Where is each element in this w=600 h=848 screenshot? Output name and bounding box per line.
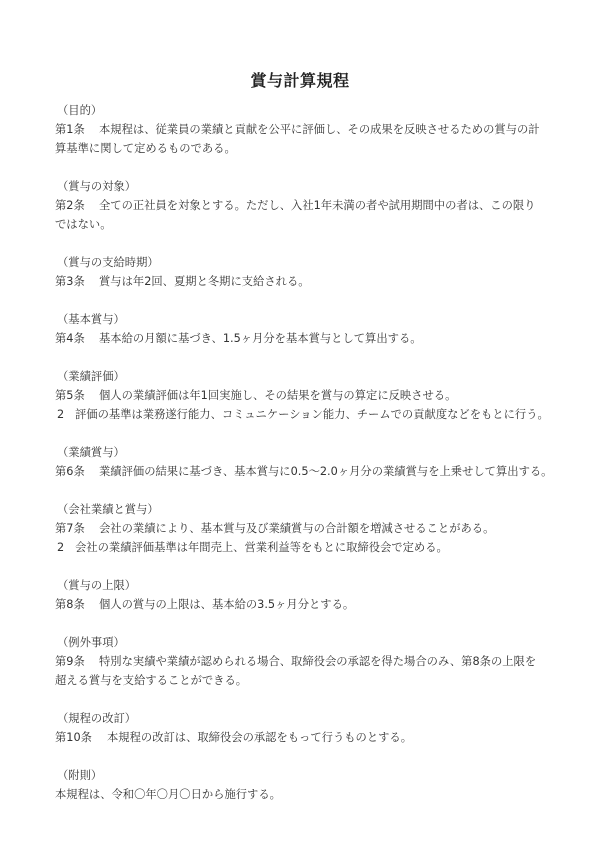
- section-heading: （業績賞与）: [55, 443, 545, 462]
- section-bonus-cap: （賞与の上限） 第8条個人の賞与の上限は、基本給の3.5ヶ月分とする。: [55, 576, 545, 614]
- article-number: 第7条: [55, 519, 99, 538]
- article-line: 第2条全ての正社員を対象とする。ただし、入社1年未満の者や試用期間中の者は、この…: [55, 196, 545, 215]
- document-page: 賞与計算規程 （目的） 第1条本規程は、従業員の業績と貢献を公平に評価し、その成…: [0, 0, 600, 848]
- article-text: 特別な実績や業績が認められる場合、取締役会の承認を得た場合のみ、第8条の上限を: [99, 655, 536, 668]
- article-line: 第5条個人の業績評価は年1回実施し、その結果を賞与の算定に反映させる。: [55, 386, 545, 405]
- article-line: 第9条特別な実績や業績が認められる場合、取締役会の承認を得た場合のみ、第8条の上…: [55, 652, 545, 671]
- article-line: 2評価の基準は業務遂行能力、コミュニケーション能力、チームでの貢献度などをもとに…: [55, 405, 545, 424]
- section-heading: （賞与の支給時期）: [55, 253, 545, 272]
- article-text: 本規程は、令和〇年〇月〇日から施行する。: [55, 788, 281, 801]
- paragraph-number: 2: [55, 538, 75, 557]
- article-number: 第9条: [55, 652, 99, 671]
- article-text: 超える賞与を支給することができる。: [55, 674, 247, 687]
- article-number: 第2条: [55, 196, 99, 215]
- section-performance-bonus: （業績賞与） 第6条業績評価の結果に基づき、基本賞与に0.5〜2.0ヶ月分の業績…: [55, 443, 545, 481]
- article-line: 第3条賞与は年2回、夏期と冬期に支給される。: [55, 272, 545, 291]
- article-text: 評価の基準は業務遂行能力、コミュニケーション能力、チームでの貢献度などをもとに行…: [75, 408, 549, 421]
- article-number: 第3条: [55, 272, 99, 291]
- article-text: ではない。: [55, 218, 112, 231]
- article-text: 業績評価の結果に基づき、基本賞与に0.5〜2.0ヶ月分の業績賞与を上乗せして算出…: [99, 465, 552, 478]
- section-heading: （規程の改訂）: [55, 709, 545, 728]
- document-body: （目的） 第1条本規程は、従業員の業績と貢献を公平に評価し、その成果を反映させる…: [55, 101, 545, 823]
- article-text: 算基準に関して定めるものである。: [55, 142, 236, 155]
- article-text: 全ての正社員を対象とする。ただし、入社1年未満の者や試用期間中の者は、この限り: [99, 199, 535, 212]
- section-amendment: （規程の改訂） 第10条本規程の改訂は、取締役会の承認をもって行うものとする。: [55, 709, 545, 747]
- article-text: 基本給の月額に基づき、1.5ヶ月分を基本賞与として算出する。: [99, 332, 422, 345]
- article-line: 第1条本規程は、従業員の業績と貢献を公平に評価し、その成果を反映させるための賞与…: [55, 120, 545, 139]
- paragraph-number: 2: [55, 405, 75, 424]
- section-heading: （例外事項）: [55, 633, 545, 652]
- article-number: 第4条: [55, 329, 99, 348]
- article-number: 第5条: [55, 386, 99, 405]
- document-title: 賞与計算規程: [0, 68, 600, 91]
- article-text: 個人の業績評価は年1回実施し、その結果を賞与の算定に反映させる。: [99, 389, 456, 402]
- section-eligibility: （賞与の対象） 第2条全ての正社員を対象とする。ただし、入社1年未満の者や試用期…: [55, 177, 545, 234]
- article-text: 本規程の改訂は、取締役会の承認をもって行うものとする。: [107, 731, 412, 744]
- section-supplementary: （附則） 本規程は、令和〇年〇月〇日から施行する。: [55, 766, 545, 804]
- article-number: 第6条: [55, 462, 99, 481]
- article-line: 本規程は、令和〇年〇月〇日から施行する。: [55, 785, 545, 804]
- section-company-performance: （会社業績と賞与） 第7条会社の業績により、基本賞与及び業績賞与の合計額を増減さ…: [55, 500, 545, 557]
- article-line: 第6条業績評価の結果に基づき、基本賞与に0.5〜2.0ヶ月分の業績賞与を上乗せし…: [55, 462, 545, 481]
- section-heading: （会社業績と賞与）: [55, 500, 545, 519]
- section-heading: （賞与の上限）: [55, 576, 545, 595]
- article-text: 本規程は、従業員の業績と貢献を公平に評価し、その成果を反映させるための賞与の計: [99, 123, 540, 136]
- section-heading: （賞与の対象）: [55, 177, 545, 196]
- article-number: 第8条: [55, 595, 99, 614]
- section-performance-evaluation: （業績評価） 第5条個人の業績評価は年1回実施し、その結果を賞与の算定に反映させ…: [55, 367, 545, 424]
- section-basic-bonus: （基本賞与） 第4条基本給の月額に基づき、1.5ヶ月分を基本賞与として算出する。: [55, 310, 545, 348]
- article-line: 超える賞与を支給することができる。: [55, 671, 545, 690]
- section-payment-timing: （賞与の支給時期） 第3条賞与は年2回、夏期と冬期に支給される。: [55, 253, 545, 291]
- article-number: 第1条: [55, 120, 99, 139]
- section-purpose: （目的） 第1条本規程は、従業員の業績と貢献を公平に評価し、その成果を反映させる…: [55, 101, 545, 158]
- article-line: 第7条会社の業績により、基本賞与及び業績賞与の合計額を増減させることがある。: [55, 519, 545, 538]
- article-number: 第10条: [55, 728, 107, 747]
- article-text: 賞与は年2回、夏期と冬期に支給される。: [99, 275, 310, 288]
- article-text: 個人の賞与の上限は、基本給の3.5ヶ月分とする。: [99, 598, 354, 611]
- article-line: 第4条基本給の月額に基づき、1.5ヶ月分を基本賞与として算出する。: [55, 329, 545, 348]
- section-exceptions: （例外事項） 第9条特別な実績や業績が認められる場合、取締役会の承認を得た場合の…: [55, 633, 545, 690]
- article-line: 2会社の業績評価基準は年間売上、営業利益等をもとに取締役会で定める。: [55, 538, 545, 557]
- section-heading: （目的）: [55, 101, 545, 120]
- article-line: ではない。: [55, 215, 545, 234]
- article-line: 第8条個人の賞与の上限は、基本給の3.5ヶ月分とする。: [55, 595, 545, 614]
- article-line: 算基準に関して定めるものである。: [55, 139, 545, 158]
- section-heading: （業績評価）: [55, 367, 545, 386]
- article-text: 会社の業績評価基準は年間売上、営業利益等をもとに取締役会で定める。: [75, 541, 448, 554]
- article-line: 第10条本規程の改訂は、取締役会の承認をもって行うものとする。: [55, 728, 545, 747]
- article-text: 会社の業績により、基本賞与及び業績賞与の合計額を増減させることがある。: [99, 522, 494, 535]
- section-heading: （基本賞与）: [55, 310, 545, 329]
- section-heading: （附則）: [55, 766, 545, 785]
